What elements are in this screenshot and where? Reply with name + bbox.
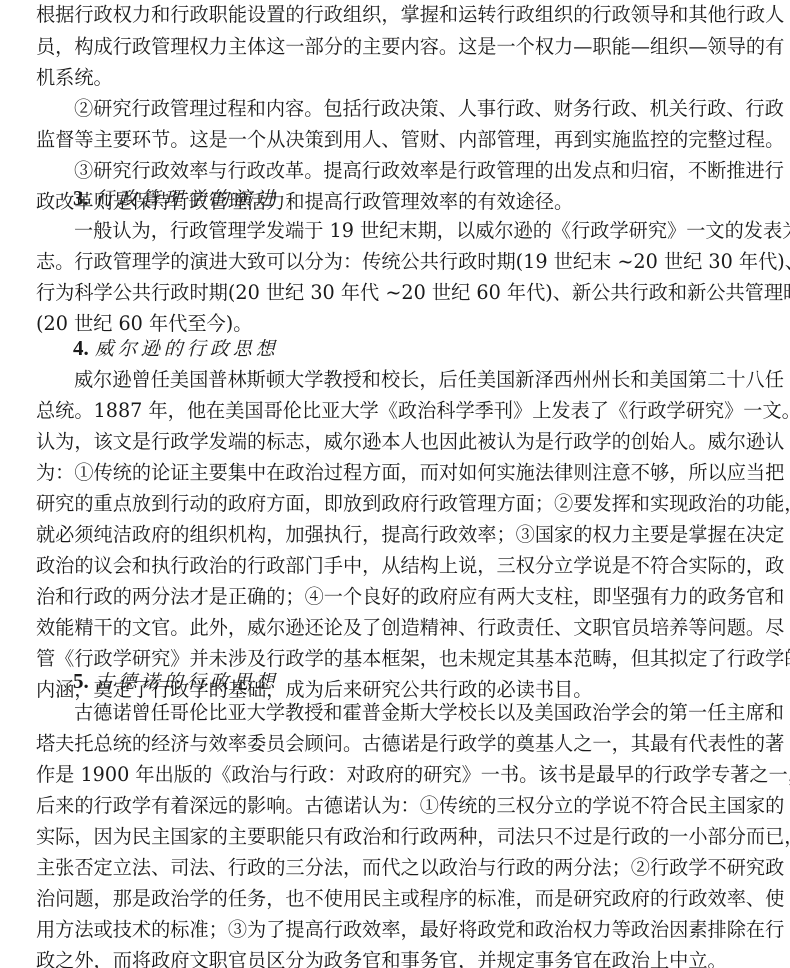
- text-line: 机系统。: [36, 65, 758, 91]
- section-heading: 5.古德诺的行政思想: [73, 667, 279, 695]
- text-line: ②研究行政管理过程和内容。包括行政决策、人事行政、财务行政、机关行政、行政: [74, 96, 758, 122]
- text-line: 一般认为，行政管理学发端于 19 世纪末期，以威尔逊的《行政学研究》一文的发表为…: [74, 218, 758, 244]
- text-line: 行为科学公共行政时期(20 世纪 30 年代 ~20 世纪 60 年代)、新公共…: [36, 280, 758, 306]
- text-line: 总统。1887 年，他在美国哥伦比亚大学《政治科学季刊》上发表了《行政学研究》一…: [36, 398, 758, 424]
- text-line: 认为，该文是行政学发端的标志，威尔逊本人也因此被认为是行政学的创始人。威尔逊认: [36, 429, 758, 455]
- text-line: 用方法或技术的标准；③为了提高行政效率，最好将政党和政治权力等政治因素排除在行: [36, 917, 758, 943]
- text-line: ③研究行政效率与行政改革。提高行政效率是行政管理的出发点和归宿，不断推进行: [74, 158, 758, 184]
- text-line: 政之外，而将政府文职官员区分为政务官和事务官，并规定事务官在政治上中立。: [36, 948, 758, 968]
- text-line: 威尔逊曾任美国普林斯顿大学教授和校长，后任美国新泽西州州长和美国第二十八任: [74, 367, 758, 393]
- text-line: 实际，因为民主国家的主要职能只有政治和行政两种，司法只不过是行政的一小部分而已，: [36, 824, 758, 850]
- section-title: 古德诺的行政思想: [95, 671, 279, 693]
- text-line: 就必须纯洁政府的组织机构，加强执行，提高行政效率；③国家的权力主要是掌握在决定: [36, 522, 758, 548]
- text-line: 政治的议会和执行政治的行政部门手中，从结构上说，三权分立学说是不符合实际的，政: [36, 553, 758, 579]
- text-line: 治问题，那是政治学的任务，也不使用民主或程序的标准，而是研究政府的行政效率、使: [36, 886, 758, 912]
- section-heading: 3.行政管理学的演进: [73, 184, 279, 212]
- text-line: 主张否定立法、司法、行政的三分法，而代之以政治与行政的两分法；②行政学不研究政: [36, 855, 758, 881]
- text-line: 古德诺曾任哥伦比亚大学教授和霍普金斯大学校长以及美国政治学会的第一任主席和: [74, 700, 758, 726]
- section-number: 5.: [73, 669, 89, 693]
- text-line: 为：①传统的论证主要集中在政治过程方面，而对如何实施法律则注意不够，所以应当把: [36, 460, 758, 486]
- text-line: 研究的重点放到行动的政府方面，即放到政府行政管理方面；②要发挥和实现政治的功能，: [36, 491, 758, 517]
- text-line: 志。行政管理学的演进大致可以分为：传统公共行政时期(19 世纪末 ~20 世纪 …: [36, 249, 758, 275]
- text-line: 根据行政权力和行政职能设置的行政组织，掌握和运转行政组织的行政领导和其他行政人: [36, 2, 758, 28]
- text-line: 后来的行政学有着深远的影响。古德诺认为：①传统的三权分立的学说不符合民主国家的: [36, 793, 758, 819]
- text-line: 治和行政的两分法才是正确的；④一个良好的政府应有两大支柱，即坚强有力的政务官和: [36, 584, 758, 610]
- section-number: 3.: [73, 186, 89, 210]
- section-heading: 4.威尔逊的行政思想: [73, 334, 279, 362]
- text-line: 作是 1900 年出版的《政治与行政：对政府的研究》一书。该书是最早的行政学专著…: [36, 762, 758, 788]
- text-line: 监督等主要环节。这是一个从决策到用人、管财、内部管理，再到实施监控的完整过程。: [36, 127, 758, 153]
- text-line: 员，构成行政管理权力主体这一部分的主要内容。这是一个权力—职能—组织—领导的有: [36, 34, 758, 60]
- text-line: 塔夫托总统的经济与效率委员会顾问。古德诺是行政学的奠基人之一，其最有代表性的著: [36, 731, 758, 757]
- section-title: 威尔逊的行政思想: [95, 338, 279, 360]
- section-number: 4.: [73, 336, 89, 360]
- text-line: 效能精干的文官。此外，威尔逊还论及了创造精神、行政责任、文职官员培养等问题。尽: [36, 615, 758, 641]
- section-title: 行政管理学的演进: [95, 188, 279, 210]
